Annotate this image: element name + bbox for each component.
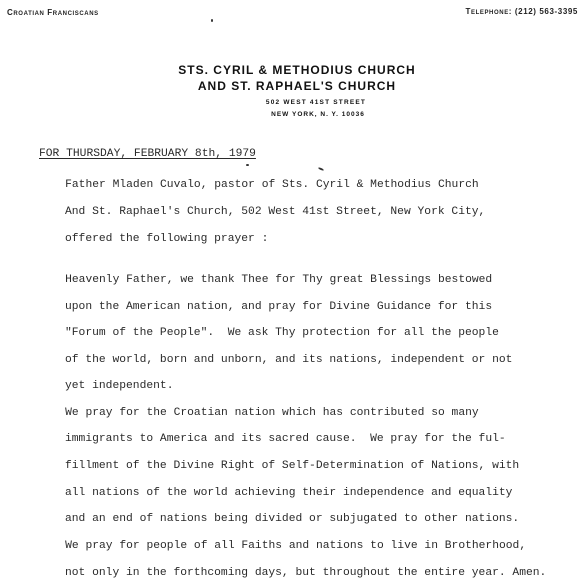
ink-speck bbox=[318, 167, 324, 171]
paragraph-line: We pray for the Croatian nation which ha… bbox=[38, 407, 479, 419]
letterhead-organization: Croatian Franciscans bbox=[7, 8, 99, 17]
intro-line: Father Mladen Cuvalo, pastor of Sts. Cyr… bbox=[38, 179, 479, 191]
paragraph-line: and an end of nations being divided or s… bbox=[65, 513, 519, 525]
paragraph-line: of the world, born and unborn, and its n… bbox=[65, 354, 512, 366]
document-body: Father Mladen Cuvalo, pastor of Sts. Cyr… bbox=[0, 0, 14, 228]
paragraph-line: Heavenly Father, we thank Thee for Thy g… bbox=[38, 274, 492, 286]
paragraph-line: yet independent. bbox=[65, 380, 173, 392]
letterhead-telephone: Telephone: (212) 563-3395 bbox=[466, 7, 579, 16]
paragraph-line: all nations of the world achieving their… bbox=[65, 487, 512, 499]
ink-speck bbox=[246, 164, 249, 166]
church-name-line1: STS. CYRIL & METHODIUS CHURCH bbox=[0, 62, 584, 78]
paragraph-line: upon the American nation, and pray for D… bbox=[65, 301, 492, 313]
church-letterhead: STS. CYRIL & METHODIUS CHURCH AND ST. RA… bbox=[0, 62, 584, 121]
paragraph-line: fillment of the Divine Right of Self-Det… bbox=[65, 460, 519, 472]
church-address-city: NEW YORK, N. Y. 10036 bbox=[0, 109, 584, 121]
paragraph-line: immigrants to America and its sacred cau… bbox=[65, 433, 506, 445]
intro-line: And St. Raphael's Church, 502 West 41st … bbox=[65, 206, 485, 218]
paragraph-line: not only in the forthcoming days, but th… bbox=[65, 567, 546, 579]
church-name-line2: AND ST. RAPHAEL'S CHURCH bbox=[0, 78, 584, 94]
ink-speck bbox=[211, 19, 213, 22]
date-heading: FOR THURSDAY, FEBRUARY 8th, 1979 bbox=[39, 148, 256, 160]
intro-line: offered the following prayer : bbox=[65, 233, 268, 245]
paragraph-line: We pray for people of all Faiths and nat… bbox=[38, 540, 526, 552]
paragraph-line: "Forum of the People". We ask Thy protec… bbox=[65, 327, 499, 339]
church-address-street: 502 WEST 41ST STREET bbox=[0, 96, 584, 109]
